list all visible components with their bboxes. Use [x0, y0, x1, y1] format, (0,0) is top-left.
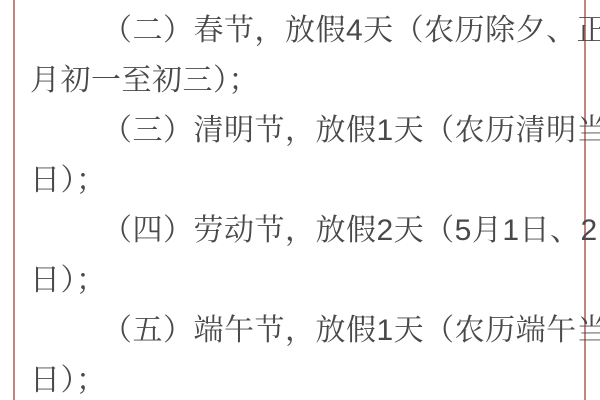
article-text-block: （二）春节，放假4天（农历除夕、正 月初一至初三）； （三）清明节，放假1天（农…: [30, 6, 560, 400]
text-line: 月初一至初三）；: [30, 56, 560, 106]
text-line: （三）清明节，放假1天（农历清明当: [30, 106, 560, 156]
text-line: （四）劳动节，放假2天（5月1日、2: [30, 206, 560, 256]
text-line: （五）端午节，放假1天（农历端午当: [30, 306, 560, 356]
text-line: 日）；: [30, 156, 560, 206]
text-line: 日）；: [30, 256, 560, 306]
text-line: （二）春节，放假4天（农历除夕、正: [30, 6, 560, 56]
left-border-line: [13, 0, 15, 400]
article-page: （二）春节，放假4天（农历除夕、正 月初一至初三）； （三）清明节，放假1天（农…: [0, 0, 600, 400]
text-line: 日）；: [30, 356, 560, 400]
